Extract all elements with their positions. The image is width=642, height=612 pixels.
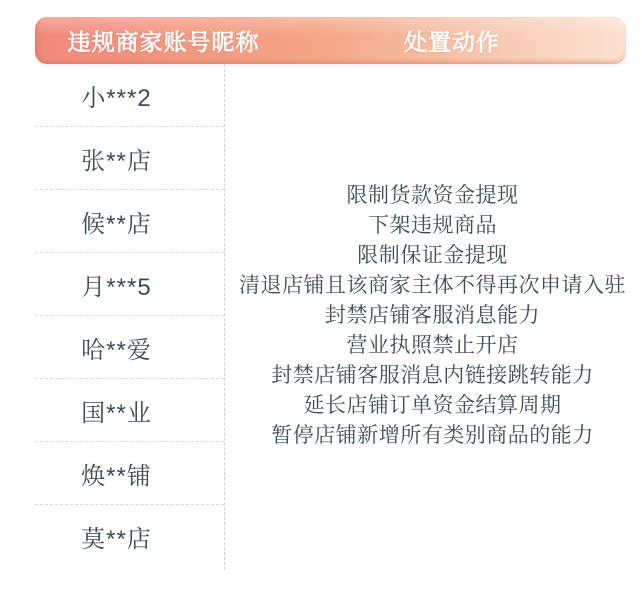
account-nickname: 哈**爱 [81, 330, 152, 365]
actions-cell: 限制货款资金提现 下架违规商品 限制保证金提现 清退店铺且该商家主体不得再次申请… [225, 64, 626, 568]
violation-disposal-table: 违规商家账号昵称 处置动作 小***2 张**店 候**店 月***5 哈**爱… [0, 0, 642, 612]
table-row: 国**业 [35, 379, 224, 442]
account-nickname: 小***2 [81, 78, 151, 113]
accounts-column: 小***2 张**店 候**店 月***5 哈**爱 国**业 焕**铺 莫**… [35, 64, 224, 568]
action-item: 限制货款资金提现 [347, 181, 519, 211]
table-row: 哈**爱 [35, 316, 224, 379]
account-nickname: 候**店 [81, 204, 152, 239]
column-header-account-nickname: 违规商家账号昵称 [35, 24, 264, 57]
account-nickname: 莫**店 [81, 519, 152, 554]
table-row: 张**店 [35, 127, 224, 190]
table-row: 莫**店 [35, 505, 224, 568]
table-row: 候**店 [35, 190, 224, 253]
account-nickname: 张**店 [81, 141, 152, 176]
account-nickname: 国**业 [81, 393, 152, 428]
account-nickname: 焕**铺 [81, 456, 152, 491]
action-item: 封禁店铺客服消息内链接跳转能力 [271, 361, 594, 391]
action-item: 封禁店铺客服消息能力 [325, 301, 540, 331]
table-row: 小***2 [35, 64, 224, 127]
action-item: 清退店铺且该商家主体不得再次申请入驻 [239, 271, 626, 301]
table-row: 月***5 [35, 253, 224, 316]
action-item: 延长店铺订单资金结算周期 [304, 391, 562, 421]
table-body: 小***2 张**店 候**店 月***5 哈**爱 国**业 焕**铺 莫**… [35, 64, 626, 568]
action-item: 下架违规商品 [368, 211, 497, 241]
action-item: 营业执照禁止开店 [347, 331, 519, 361]
account-nickname: 月***5 [81, 267, 151, 302]
action-item: 暂停店铺新增所有类别商品的能力 [271, 421, 594, 451]
table-row: 焕**铺 [35, 442, 224, 505]
column-header-disposal-action: 处置动作 [264, 24, 626, 57]
action-item: 限制保证金提现 [357, 241, 508, 271]
table-header: 违规商家账号昵称 处置动作 [35, 17, 626, 64]
